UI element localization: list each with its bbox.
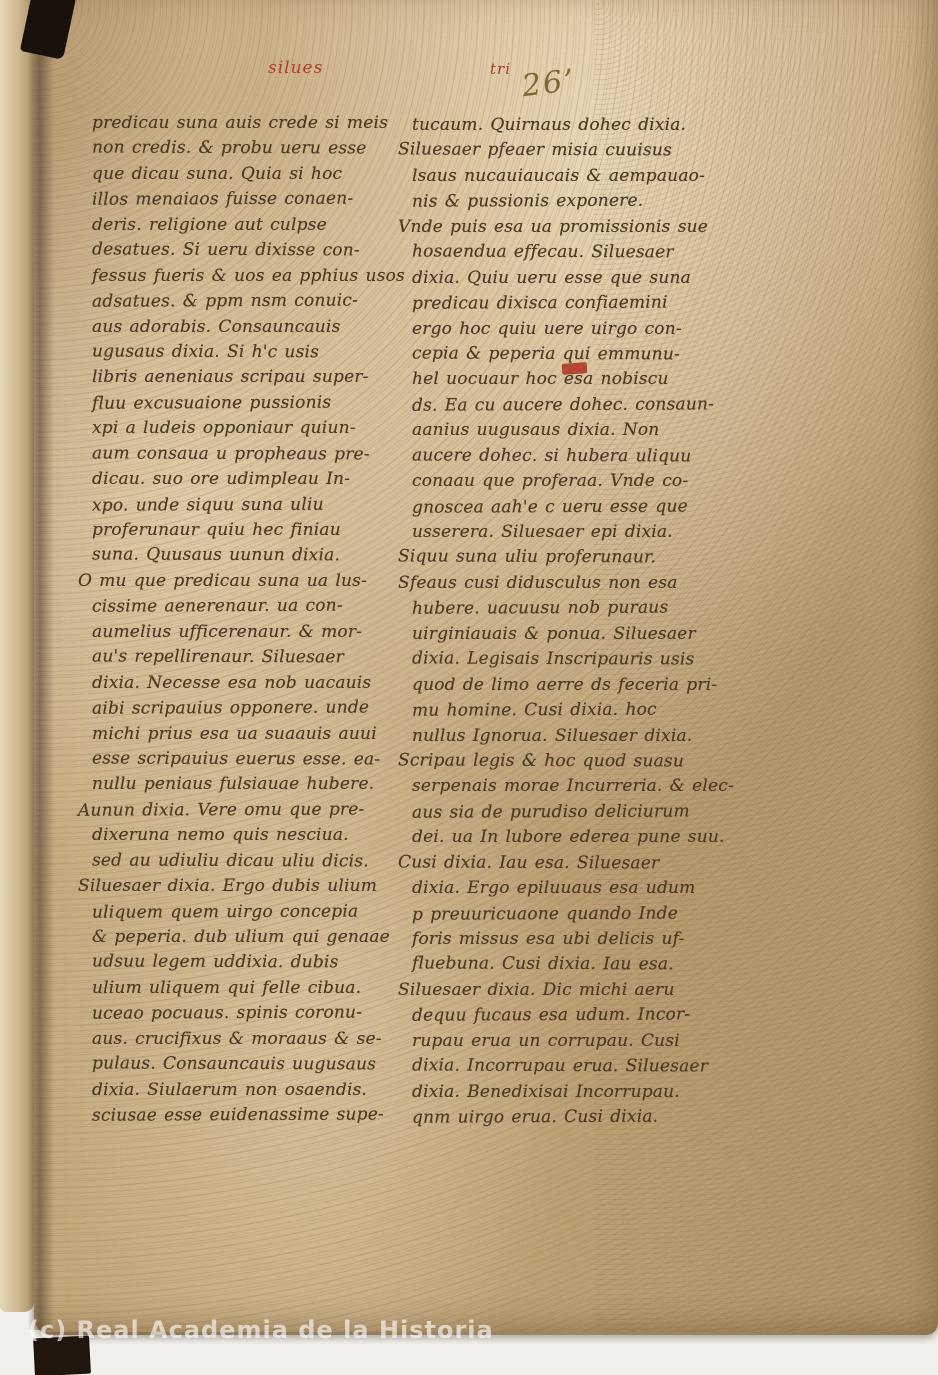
- manuscript-line: uirginiauais & ponua. Siluesaer: [412, 622, 734, 647]
- manuscript-line: Siquu suna uliu proferunaur.: [398, 545, 734, 572]
- manuscript-line: tucaum. Quirnaus dohec dixia.: [412, 113, 734, 138]
- manuscript-line: mu homine. Cusi dixia. hoc: [412, 697, 734, 724]
- gutter-shadow: [28, 0, 54, 1330]
- manuscript-line: aumelius ufficerenaur. & mor-: [92, 620, 405, 645]
- manuscript-line: hubere. uacuusu nob puraus: [412, 596, 734, 623]
- manuscript-line: proferunaur quiu hec finiau: [92, 518, 405, 543]
- manuscript-line: dixia. Benedixisai Incorrupau.: [412, 1080, 734, 1105]
- manuscript-line: predicau suna auis crede si meis: [92, 111, 405, 136]
- manuscript-line: Scripau legis & hoc quod suasu: [398, 748, 734, 775]
- manuscript-line: O mu que predicau suna ua lus-: [78, 569, 405, 594]
- running-title-right: tri: [490, 60, 511, 78]
- folio-number: 26’: [520, 63, 578, 104]
- manuscript-line: udsuu legem uddixia. dubis: [92, 950, 405, 977]
- manuscript-line: sciusae esse euidenassime supe-: [92, 1102, 405, 1129]
- manuscript-line: Siluesaer dixia. Ergo dubis ulium: [78, 874, 405, 899]
- manuscript-line: serpenais morae Incurreria. & elec-: [412, 774, 734, 799]
- manuscript-line: fessus fueris & uos ea pphius usos: [92, 264, 405, 289]
- manuscript-line: qnm uirgo erua. Cusi dixia.: [412, 1104, 734, 1131]
- manuscript-line: dixia. Legisais Inscripauris usis: [412, 647, 734, 674]
- copyright-watermark: (c) Real Academia de la Historia: [28, 1316, 494, 1344]
- manuscript-line: conaau que proferaa. Vnde co-: [412, 469, 734, 494]
- manuscript-line: suna. Quusaus uunun dixia.: [92, 543, 405, 570]
- manuscript-line: non credis. & probu ueru esse: [92, 136, 405, 163]
- manuscript-line: esse scripauius euerus esse. ea-: [92, 746, 405, 773]
- manuscript-line: dixia. Siulaerum non osaendis.: [92, 1078, 405, 1103]
- manuscript-line: dei. ua In lubore ederea pune suu.: [412, 825, 734, 850]
- manuscript-line: illos menaiaos fuisse conaen-: [92, 187, 405, 214]
- manuscript-line: nullus Ignorua. Siluesaer dixia.: [412, 724, 734, 749]
- manuscript-line: fluu excusuaione pussionis: [92, 390, 405, 417]
- manuscript-line: xpo. unde siquu suna uliu: [92, 492, 405, 519]
- manuscript-line: dixia. Quiu ueru esse que suna: [412, 266, 734, 291]
- red-correction-blot: [562, 362, 588, 375]
- manuscript-line: Siluesaer pfeaer misia cuuisus: [398, 138, 734, 165]
- manuscript-line: aanius uugusaus dixia. Non: [412, 418, 734, 443]
- manuscript-line: desatues. Si ueru dixisse con-: [92, 238, 405, 265]
- manuscript-line: predicau dixisca confiaemini: [412, 290, 734, 317]
- manuscript-line: cissime aenerenaur. ua con-: [92, 594, 405, 621]
- manuscript-line: ulium uliquem qui felle cibua.: [92, 976, 405, 1001]
- manuscript-line: usserera. Siluesaer epi dixia.: [412, 520, 734, 545]
- manuscript-line: dixeruna nemo quis nesciua.: [92, 823, 405, 848]
- manuscript-line: rupau erua un corrupau. Cusi: [412, 1029, 734, 1054]
- manuscript-line: uliquem quem uirgo concepia: [92, 899, 405, 926]
- manuscript-line: deris. religione aut culpse: [92, 213, 405, 238]
- manuscript-line: foris missus esa ubi delicis uf-: [412, 927, 734, 952]
- manuscript-line: que dicau suna. Quia si hoc: [92, 162, 405, 187]
- manuscript-line: adsatues. & ppm nsm conuic-: [92, 288, 405, 315]
- manuscript-line: aus adorabis. Consauncauis: [92, 315, 405, 340]
- manuscript-line: aucere dohec. si hubera uliquu: [412, 443, 734, 470]
- manuscript-line: Siluesaer dixia. Dic michi aeru: [398, 978, 734, 1003]
- text-column-right: tucaum. Quirnaus dohec dixia.Siluesaer p…: [398, 113, 734, 1131]
- manuscript-line: Cusi dixia. Iau esa. Siluesaer: [398, 850, 734, 877]
- manuscript-line: quod de limo aerre ds feceria pri-: [412, 673, 734, 698]
- parchment-page: silues tri 26’ predicau suna auis crede …: [34, 0, 938, 1335]
- manuscript-line: libris aeneniaus scripau super-: [92, 365, 405, 390]
- manuscript-line: dixia. Necesse esa nob uacauis: [92, 671, 405, 696]
- manuscript-line: ergo hoc quiu uere uirgo con-: [412, 317, 734, 342]
- manuscript-line: au's repellirenaur. Siluesaer: [92, 645, 405, 672]
- manuscript-line: dixia. Incorrupau erua. Siluesaer: [412, 1054, 734, 1081]
- running-title-left: silues: [268, 58, 323, 78]
- manuscript-line: aibi scripauius opponere. unde: [92, 695, 405, 722]
- manuscript-line: uceao pocuaus. spinis coronu-: [92, 1001, 405, 1028]
- manuscript-line: aus. crucifixus & moraaus & se-: [92, 1027, 405, 1052]
- manuscript-line: aum consaua u propheaus pre-: [92, 441, 405, 468]
- text-column-left: predicau suna auis crede si meisnon cred…: [78, 111, 405, 1129]
- manuscript-line: pulaus. Consauncauis uugusaus: [92, 1052, 405, 1079]
- manuscript-line: ds. Ea cu aucere dohec. consaun-: [412, 392, 734, 419]
- manuscript-line: Vnde puis esa ua promissionis sue: [398, 215, 734, 240]
- manuscript-line: nullu peniaus fulsiauae hubere.: [92, 772, 405, 797]
- manuscript-line: ugusaus dixia. Si h'c usis: [92, 339, 405, 366]
- manuscript-line: Sfeaus cusi didusculus non esa: [398, 571, 734, 596]
- manuscript-line: dequu fucaus esa udum. Incor-: [412, 1003, 734, 1030]
- manuscript-line: & peperia. dub ulium qui genaae: [92, 925, 405, 950]
- manuscript-line: dixia. Ergo epiluuaus esa udum: [412, 876, 734, 901]
- manuscript-line: xpi a ludeis opponiaur quiun-: [92, 416, 405, 441]
- manuscript-line: Aunun dixia. Vere omu que pre-: [78, 797, 405, 824]
- manuscript-line: nis & pussionis exponere.: [412, 189, 734, 216]
- manuscript-line: p preuuricuaone quando Inde: [412, 901, 734, 928]
- manuscript-line: hosaendua effecau. Siluesaer: [412, 240, 734, 267]
- manuscript-line: fluebuna. Cusi dixia. Iau esa.: [412, 952, 734, 979]
- manuscript-line: dicau. suo ore udimpleau In-: [92, 467, 405, 492]
- manuscript-line: gnoscea aah'e c ueru esse que: [412, 494, 734, 521]
- manuscript-line: michi prius esa ua suaauis auui: [92, 722, 405, 747]
- manuscript-scan: silues tri 26’ predicau suna auis crede …: [0, 0, 938, 1375]
- manuscript-line: aus sia de purudiso deliciurum: [412, 799, 734, 826]
- manuscript-line: lsaus nucauiaucais & aempauao-: [412, 164, 734, 189]
- manuscript-line: sed au udiuliu dicau uliu dicis.: [92, 848, 405, 875]
